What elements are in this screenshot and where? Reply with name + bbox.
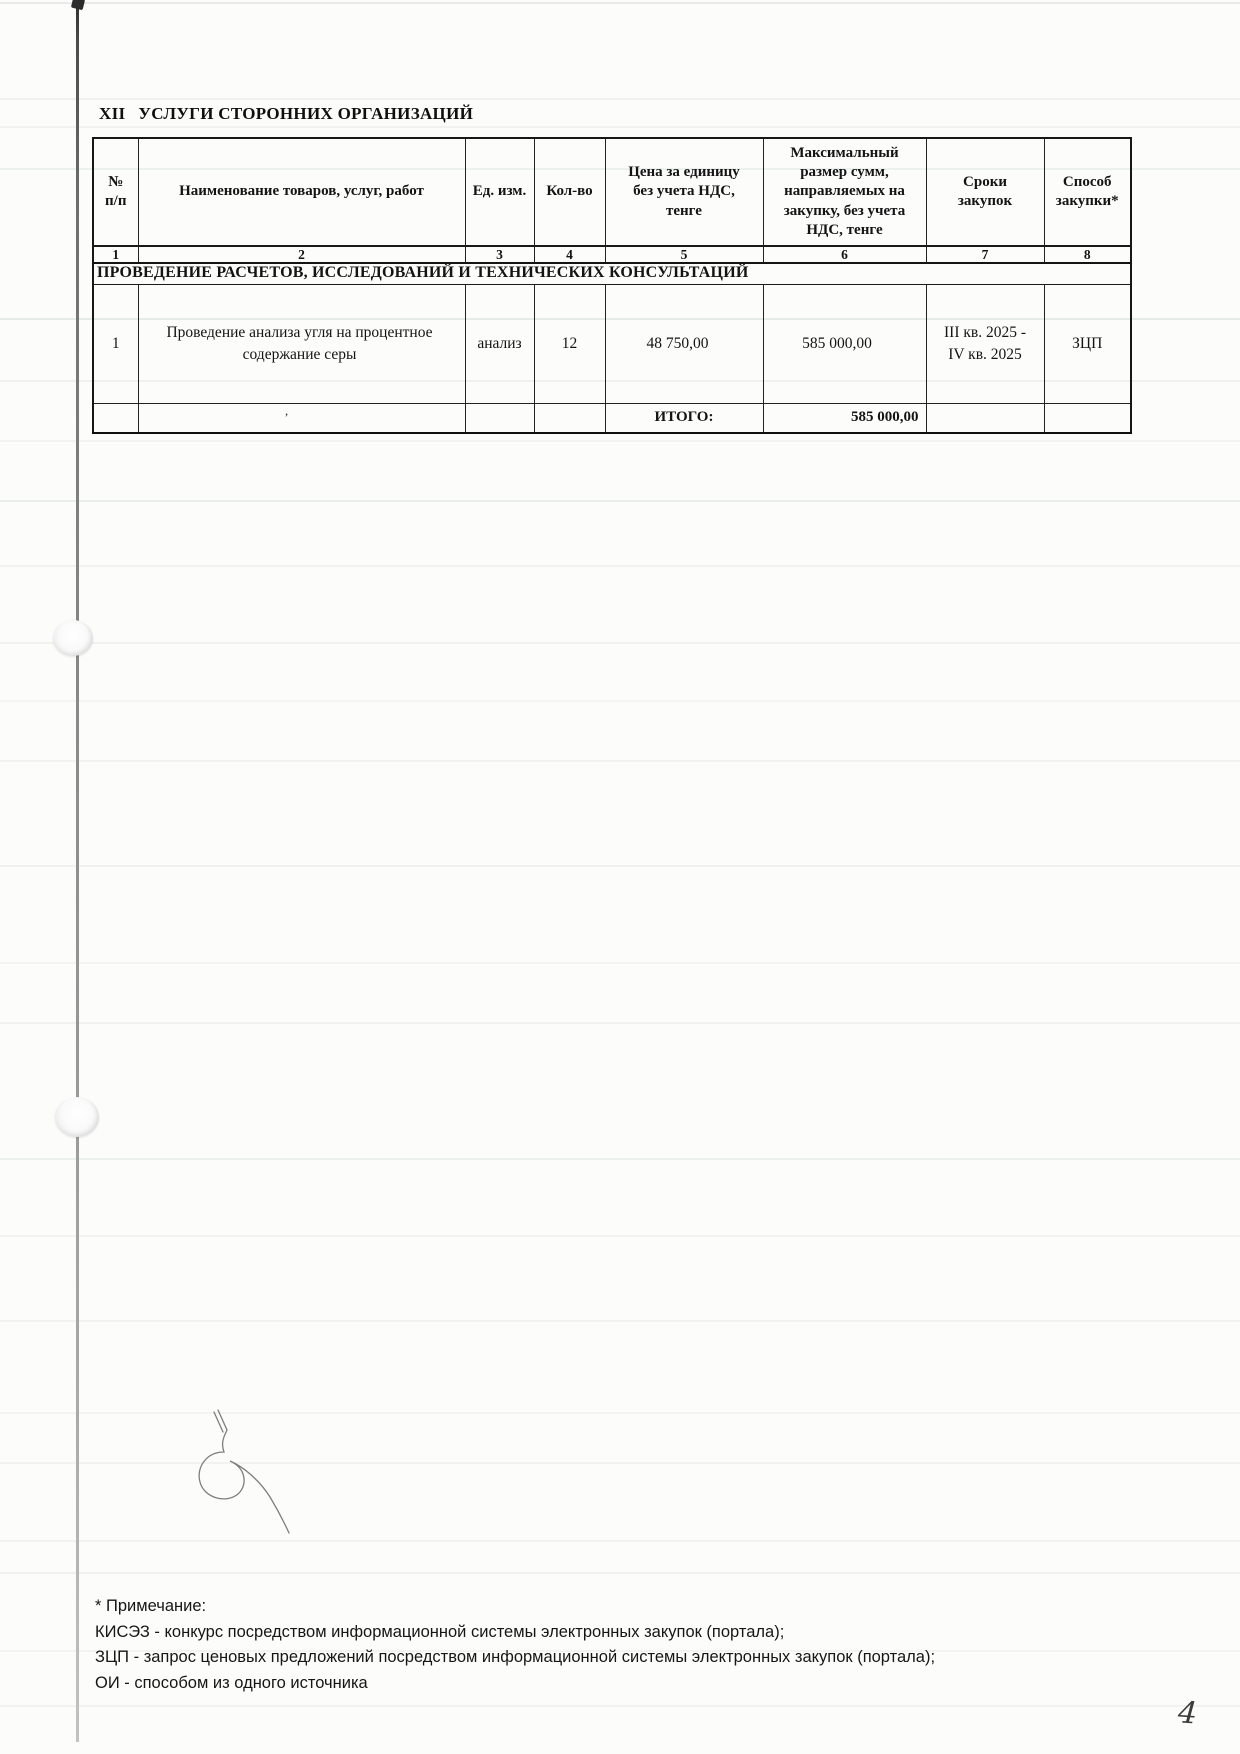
column-number: 3 bbox=[465, 246, 534, 263]
signature-stroke bbox=[199, 1430, 289, 1533]
scan-streak bbox=[0, 865, 1240, 867]
col-header-period: Сроки закупок bbox=[926, 138, 1044, 246]
cell-unit-price: 48 750,00 bbox=[605, 284, 763, 403]
scan-streak bbox=[0, 1540, 1240, 1542]
scan-edge-mark bbox=[71, 0, 85, 10]
scan-streak bbox=[0, 1572, 1240, 1574]
section-header-row: ПРОВЕДЕНИЕ РАСЧЕТОВ, ИССЛЕДОВАНИЙ И ТЕХН… bbox=[93, 263, 1131, 284]
column-numbers-row: 1 2 3 4 5 6 7 8 bbox=[93, 246, 1131, 263]
scan-streak bbox=[0, 962, 1240, 964]
signature bbox=[158, 1382, 308, 1537]
scan-streak bbox=[0, 2, 1240, 4]
column-number: 2 bbox=[138, 246, 465, 263]
signature-stroke bbox=[218, 1410, 227, 1430]
col-header-num: № п/п bbox=[93, 138, 138, 246]
empty-cell bbox=[926, 403, 1044, 433]
hole-punch-top bbox=[53, 620, 93, 656]
col-header-name: Наименование товаров, услуг, работ bbox=[138, 138, 465, 246]
footnote-line-kisez: КИСЭЗ - конкурс посредством информационн… bbox=[95, 1623, 935, 1642]
scan-streak bbox=[0, 1158, 1240, 1160]
empty-cell bbox=[1044, 403, 1131, 433]
cell-item-name: Проведение анализа угля на процентное со… bbox=[138, 284, 465, 403]
section-number: XII bbox=[99, 104, 125, 124]
document-page: XII УСЛУГИ СТОРОННИХ ОРГАНИЗАЦИЙ № п/п Н… bbox=[0, 0, 1240, 1754]
scan-streak bbox=[0, 98, 1240, 100]
section-title-text: УСЛУГИ СТОРОННИХ ОРГАНИЗАЦИЙ bbox=[138, 104, 473, 124]
col-header-max-sum: Максимальный размер сумм, направляемых н… bbox=[763, 138, 926, 246]
page-title: XII УСЛУГИ СТОРОННИХ ОРГАНИЗАЦИЙ bbox=[99, 104, 473, 124]
scan-streak bbox=[0, 500, 1240, 502]
cell-quantity: 12 bbox=[534, 284, 605, 403]
col-header-method: Способ закупки* bbox=[1044, 138, 1131, 246]
total-label: ИТОГО: bbox=[605, 403, 763, 433]
footnote-title: * Примечание: bbox=[95, 1597, 935, 1616]
column-number: 7 bbox=[926, 246, 1044, 263]
scan-streak bbox=[0, 440, 1240, 442]
hole-punch-bottom bbox=[55, 1097, 99, 1137]
scan-streak bbox=[0, 1705, 1240, 1707]
col-header-qty: Кол-во bbox=[534, 138, 605, 246]
scan-streak bbox=[0, 1235, 1240, 1237]
empty-cell bbox=[465, 403, 534, 433]
footnote-line-zcp: ЗЦП - запрос ценовых предложений посредс… bbox=[95, 1648, 935, 1667]
table-header-row: № п/п Наименование товаров, услуг, работ… bbox=[93, 138, 1131, 246]
col-header-price: Цена за единицу без учета НДС, тенге bbox=[605, 138, 763, 246]
table-row: 1 Проведение анализа угля на процентное … bbox=[93, 284, 1131, 403]
scan-edge-line bbox=[76, 0, 79, 1742]
cell-max-sum: 585 000,00 bbox=[763, 284, 926, 403]
scan-streak bbox=[0, 760, 1240, 762]
section-header-cell: ПРОВЕДЕНИЕ РАСЧЕТОВ, ИССЛЕДОВАНИЙ И ТЕХН… bbox=[93, 263, 1131, 284]
column-number: 1 bbox=[93, 246, 138, 263]
empty-cell bbox=[93, 403, 138, 433]
page-number: 4 bbox=[1177, 1695, 1198, 1731]
cell-unit: анализ bbox=[465, 284, 534, 403]
procurement-table: № п/п Наименование товаров, услуг, работ… bbox=[92, 137, 1132, 434]
signature-stroke bbox=[214, 1412, 223, 1432]
total-row: ’ ИТОГО: 585 000,00 bbox=[93, 403, 1131, 433]
cell-method: ЗЦП bbox=[1044, 284, 1131, 403]
scan-streak bbox=[0, 1320, 1240, 1322]
scan-streak bbox=[0, 126, 1240, 128]
footnote-line-oi: ОИ - способом из одного источника bbox=[95, 1674, 935, 1693]
total-value: 585 000,00 bbox=[763, 403, 926, 433]
column-number: 6 bbox=[763, 246, 926, 263]
column-number: 5 bbox=[605, 246, 763, 263]
scan-streak bbox=[0, 700, 1240, 702]
column-number: 8 bbox=[1044, 246, 1131, 263]
col-header-unit: Ед. изм. bbox=[465, 138, 534, 246]
column-number: 4 bbox=[534, 246, 605, 263]
footnotes: * Примечание: КИСЭЗ - конкурс посредство… bbox=[95, 1597, 935, 1699]
scan-streak bbox=[0, 1022, 1240, 1024]
scan-streak bbox=[0, 642, 1240, 644]
total-row-mark: ’ bbox=[138, 403, 465, 433]
cell-period: III кв. 2025 - IV кв. 2025 bbox=[926, 284, 1044, 403]
cell-row-number: 1 bbox=[93, 284, 138, 403]
scan-streak bbox=[0, 565, 1240, 567]
empty-cell bbox=[534, 403, 605, 433]
